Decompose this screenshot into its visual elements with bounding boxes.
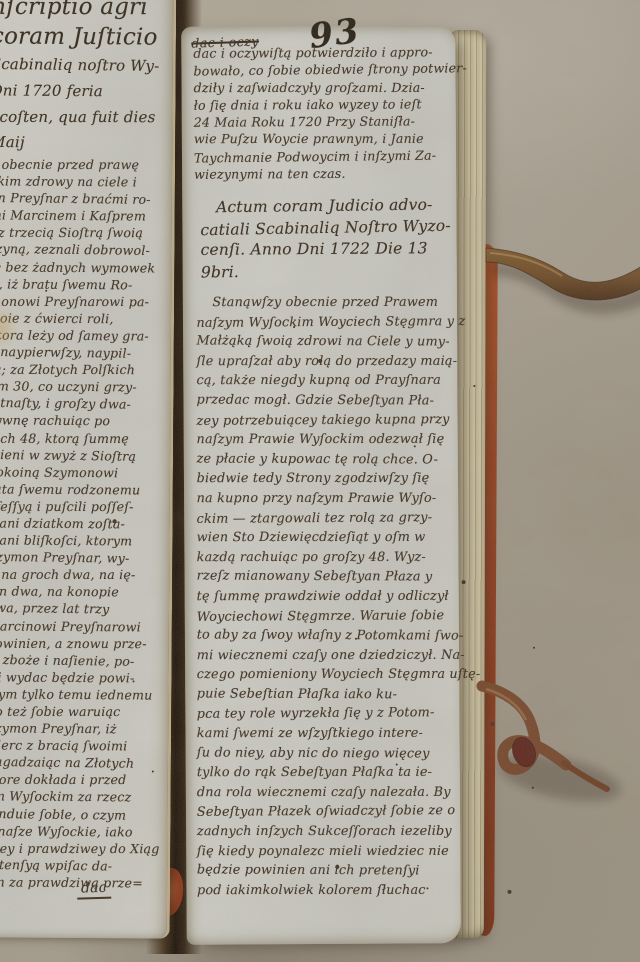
left-page-text: nſcriptio agricoram JuſticioScabinaliq n… bbox=[0, 0, 167, 892]
manuscript-photo-scene: nſcriptio agricoram JuſticioScabinaliq n… bbox=[0, 0, 640, 962]
manuscript-text-line: ło ſię dnia i roku iako wyzey to ieſt bbox=[194, 95, 446, 114]
manuscript-text-line: Szymon Preyſnar, iż bbox=[0, 719, 162, 737]
manuscript-text-line: kami ſwemi ze wſzyſtkiego intere- bbox=[197, 724, 449, 744]
manuscript-text-line: mieni w zwyż z Sioſtrą bbox=[0, 445, 164, 464]
manuscript-text-line: dna rola wiecznemi czaſy nalezała. By bbox=[197, 783, 449, 803]
manuscript-text-line: ze płacie y kupowac tę rolą chce. O- bbox=[197, 450, 449, 471]
manuscript-text-line: naſzym Wyſockim Woyciech Stęgmra y z bbox=[196, 312, 448, 333]
manuscript-text-line: retenſyą wpiſac da- bbox=[0, 856, 161, 875]
manuscript-text-line: y obecnie przed prawę bbox=[0, 156, 166, 173]
manuscript-text-line: pod iakimkolwiek kolorem ſłuchac bbox=[197, 881, 449, 901]
manuscript-text-line: w, iż bratu ſwemu Ro- bbox=[0, 275, 165, 293]
manuscript-text-line: Sebeſtyan Płazek oſwiadczył ſobie ze o bbox=[197, 802, 449, 823]
ink-specks bbox=[45, 290, 47, 292]
manuscript-text-line: um 30, co uczyni grzy- bbox=[0, 378, 165, 396]
manuscript-text-line: Szymon Preyſnar, wy- bbox=[0, 548, 163, 567]
manuscript-text-line: ie bez żadnych wymowek bbox=[0, 258, 165, 276]
manuscript-text-line: biedwie tedy Strony zgodziwſzy ſię bbox=[197, 470, 449, 490]
manuscript-text-line: będzie powinien ani ich pretenſyi bbox=[197, 861, 449, 882]
manuscript-text-line: Woyciechowi Stęgmrze. Waruie ſobie bbox=[197, 606, 449, 627]
manuscript-text-line: ta; za Złotych Polſkich bbox=[0, 361, 165, 378]
manuscript-text-line: ckim zdrowy na ciele i bbox=[0, 172, 166, 190]
manuscript-heading-line: coram Juſticio bbox=[0, 21, 167, 52]
manuscript-text-line: rata ſwemu rodzonemu bbox=[0, 480, 164, 498]
manuscript-text-line: len dwa, na konopie bbox=[0, 583, 163, 601]
manuscript-text-line: czego pomieniony Woyciech Stęgmra uſtę- bbox=[197, 666, 449, 686]
manuscript-text-line: ſzym tylko temu iednemu bbox=[0, 685, 162, 703]
manuscript-text-line: zadnych inſzych Sukceſſorach iezeliby bbox=[197, 822, 449, 842]
manuscript-text-line: i ugadzaiąc na Złotych bbox=[0, 753, 162, 772]
manuscript-text-line: powinien, a znowu prze- bbox=[0, 634, 163, 651]
manuscript-heading-line: Scabinaliq noſtro Wy- bbox=[0, 51, 167, 79]
manuscript-text-line: mi wiecznemi czaſy one dziedziczył. Na- bbox=[197, 646, 449, 666]
catchword: dac bbox=[77, 880, 111, 900]
manuscript-text-line: wien Sto Dziewięcdzieſiąt y oſm w bbox=[197, 528, 449, 548]
manuscript-text-line: to aby za ſwoy właſny z Potomkami ſwo- bbox=[197, 626, 449, 647]
manuscript-text-line: ktore dokłada i przed bbox=[0, 771, 162, 788]
manuscript-heading-line: ecoſten, qua fuit dies bbox=[0, 104, 166, 130]
opening-paragraph: dac i oczywiſtą potwierdziło i appro-bow… bbox=[193, 43, 446, 183]
manuscript-text-line: y naypierwſzy, naypil- bbox=[0, 343, 165, 362]
manuscript-text-line: pokoiną Szymonowi bbox=[0, 463, 164, 481]
manuscript-text-line: dziły i zaſwiadczyły groſzami. Dzia- bbox=[194, 78, 446, 96]
manuscript-text-line: wierc z bracią ſwoimi bbox=[0, 737, 162, 755]
manuscript-text-line: kich 48, ktorą ſummę bbox=[0, 429, 164, 446]
body-paragraph: Stanąwſzy obecnie przed Prawemnaſzym Wyſ… bbox=[196, 293, 449, 901]
manuscript-text-line: i z trzecią Sioſtrą ſwoią bbox=[0, 224, 166, 241]
manuscript-text-line: tenduie ſobie, o czym bbox=[0, 804, 162, 823]
manuscript-text-line: cą, także niegdy kupną od Prayſnara bbox=[196, 372, 448, 392]
manuscript-text-line: So też ſobie waruiąc bbox=[0, 703, 162, 720]
manuscript-text-line: y, na groch dwa, na ię- bbox=[0, 566, 163, 583]
manuscript-text-line: ſu do niey, aby nic do niego więcey bbox=[197, 743, 449, 764]
manuscript-text-line: tę ſummę prawdziwie oddał y odliczył bbox=[197, 587, 449, 607]
manuscript-heading-line: Maij bbox=[0, 129, 166, 157]
manuscript-text-line: a ani bliſkoſci, ktorym bbox=[0, 531, 164, 549]
manuscript-text-line: Taychmanie Podwoycim i inſzymi Za- bbox=[194, 146, 446, 166]
manuscript-heading-line: cenſi. Anno Dni 1722 Die 13 bbox=[201, 238, 447, 261]
right-page-text: dac i oczywiſtą potwierdziło i appro-bow… bbox=[193, 43, 450, 901]
manuscript-text-line: ſle upraſzał aby rolą do przedazy maią- bbox=[196, 352, 448, 372]
manuscript-text-line: dwa, przez lat trzy bbox=[0, 599, 163, 618]
manuscript-text-line: e ani dziatkom zoſta- bbox=[0, 514, 164, 532]
manuscript-text-line: monowi Preyſnarowi pa- bbox=[0, 293, 165, 310]
manuscript-text-line: ktora leży od ſamey gra- bbox=[0, 326, 165, 344]
manuscript-text-line: rywnę rachuiąc po bbox=[0, 412, 164, 430]
manuscript-text-line: ſię kiedy poynalezc mieli wiedziec nie bbox=[197, 842, 449, 862]
manuscript-text-line: woie z ćwierci roli, bbox=[0, 309, 165, 327]
manuscript-text-line: ie zboże i naſienie, po- bbox=[0, 651, 163, 670]
manuscript-text-line: iſtey i prawdziwey do Xiąg bbox=[0, 840, 161, 857]
manuscript-text-line: wi wydac będzie powi- bbox=[0, 668, 163, 686]
manuscript-heading-line: nſcriptio agri bbox=[0, 0, 167, 22]
left-page: nſcriptio agricoram JuſticioScabinaliq n… bbox=[0, 0, 176, 939]
manuscript-text-line: wie Puſzu Woycie prawnym, i Janie bbox=[194, 130, 446, 148]
manuscript-text-line: przedac mogł. Gdzie Sebeſtyan Pła- bbox=[196, 391, 448, 412]
manuscript-text-line: wiezynymi na ten czas. bbox=[194, 164, 446, 183]
manuscript-text-line: zey potrzebuiącey takiego kupna przy bbox=[196, 410, 448, 431]
manuscript-text-line: on Preyſnar z braćmi ro- bbox=[0, 189, 166, 208]
manuscript-heading-line: Dni 1720 feria bbox=[0, 77, 167, 104]
manuscript-heading-line: 9bri. bbox=[201, 259, 447, 284]
manuscript-text-line: mi Marcinem i Kaſprem bbox=[0, 207, 166, 225]
manuscript-text-line: rzyną, zeznali dobrowol- bbox=[0, 240, 166, 259]
manuscript-text-line: Marcinowi Preyſnarowi bbox=[0, 617, 163, 635]
right-page: 93 dac i oczy dac i oczywiſtą potwierdzi… bbox=[181, 25, 461, 945]
manuscript-text-line: 24 Maia Roku 1720 Przy Staniſła- bbox=[194, 112, 446, 131]
manuscript-text-line: naſzym Prawie Wyſockim odezwał ſię bbox=[197, 430, 449, 450]
manuscript-text-line: kazdą rachuiąc po groſzy 48. Wyz- bbox=[197, 548, 449, 568]
manuscript-text-line: tylko do rąk Sebeſtyan Płaſka ta ie- bbox=[197, 764, 449, 784]
actum-heading: Actum coram Judicio advo-catiali Scabina… bbox=[200, 195, 447, 284]
manuscript-text-line: ietnaſty, i groſzy dwa- bbox=[0, 394, 165, 413]
manuscript-text-line: bowało, co ſobie obiedwie ſtrony potwier… bbox=[193, 60, 445, 80]
manuscript-text-line: ym Wyſockim za rzecz bbox=[0, 788, 162, 806]
manuscript-text-line: na kupno przy naſzym Prawie Wyſo- bbox=[197, 489, 449, 509]
manuscript-text-line: o naſze Wyſockie, iako bbox=[0, 822, 161, 840]
manuscript-text-line: puie Sebeſtian Płaſka iako ku- bbox=[197, 685, 449, 706]
manuscript-text-line: Małżąką ſwoią zdrowi na Ciele y umy- bbox=[196, 332, 448, 353]
manuscript-text-line: Stanąwſzy obecnie przed Prawem bbox=[196, 293, 448, 313]
manuscript-text-line: rzeſz mianowany Sebeſtyan Płaza y bbox=[197, 567, 449, 588]
manuscript-text-line: efeſſyą i puſcili poſſeſ- bbox=[0, 498, 164, 515]
manuscript-text-line: ckim — ztargowali tez rolą za grzy- bbox=[197, 508, 449, 529]
manuscript-text-line: pca tey role wyrzekła ſię y z Potom- bbox=[197, 704, 449, 725]
ink-specks bbox=[293, 326, 295, 328]
